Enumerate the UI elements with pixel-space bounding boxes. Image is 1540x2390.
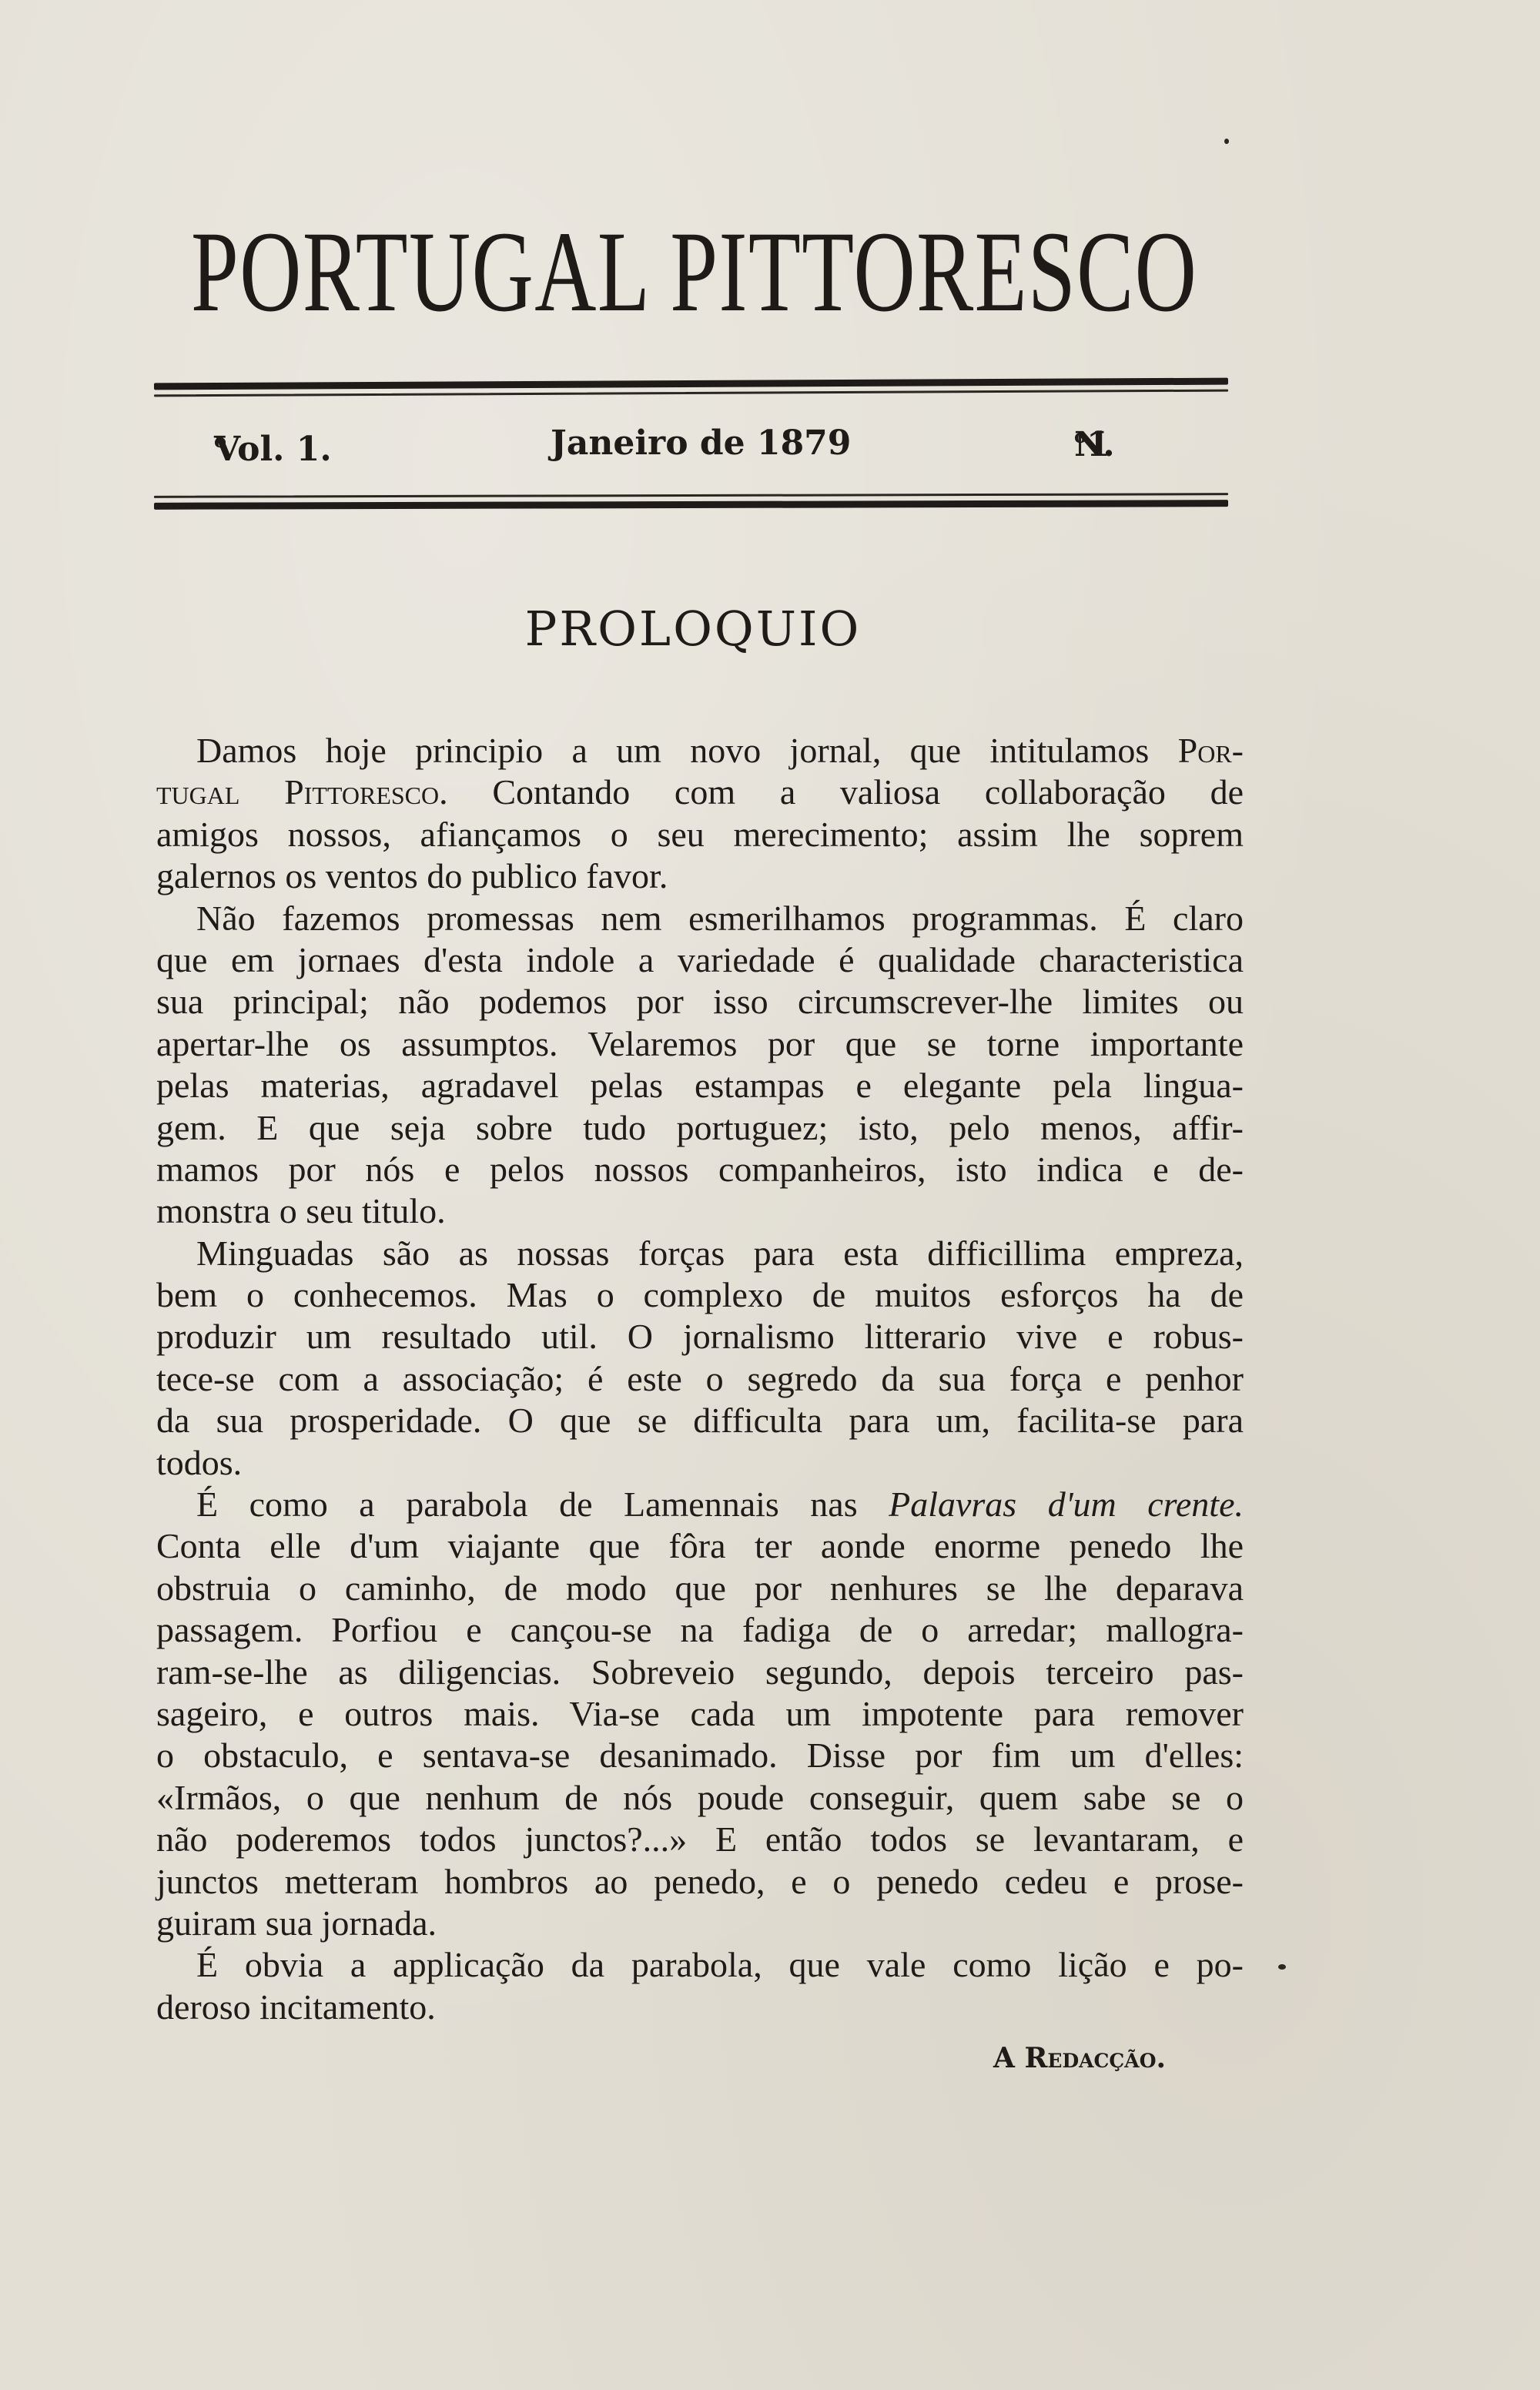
article-line: «Irmãos, o que nenhum de nós poude conse… — [156, 1777, 1244, 1819]
article-line: monstra o seu titulo. — [156, 1190, 1244, 1232]
article-line: Conta elle d'um viajante que fôra ter ao… — [156, 1525, 1244, 1567]
article-line: sua principal; não podemos por isso circ… — [156, 981, 1244, 1023]
article-line: É como a parabola de Lamennais nas Palav… — [156, 1484, 1244, 1525]
article-line: produzir um resultado util. O jornalismo… — [156, 1316, 1244, 1357]
issue-info-line: Vol. 1.o Janeiro de 1879 N.o 1 — [154, 430, 1228, 476]
article-line: todos. — [156, 1442, 1244, 1484]
article-body: Damos hoje principio a um novo jornal, q… — [156, 730, 1244, 2028]
article-line: galernos os ventos do publico favor. — [156, 855, 1244, 897]
article-line: guiram sua jornada. — [156, 1903, 1244, 1944]
article-line: tece-se com a associação; é este o segre… — [156, 1358, 1244, 1400]
masthead-double-rule-bottom — [154, 493, 1228, 510]
article-line: tugal Pittoresco. Contando com a valiosa… — [156, 772, 1244, 813]
periodical-page: PORTUGAL PITTORESCO Vol. 1.o Janeiro de … — [0, 0, 1540, 2390]
article-line: amigos nossos, afiançamos o seu merecime… — [156, 814, 1244, 855]
volume-label: Vol. 1.o — [214, 430, 226, 470]
article-line: Não fazemos promessas nem esmerilhamos p… — [156, 898, 1244, 939]
paper-speck — [1224, 139, 1229, 144]
article-line: o obstaculo, e sentava-se desanimado. Di… — [156, 1735, 1244, 1776]
article-line: gem. E que seja sobre tudo portuguez; is… — [156, 1107, 1244, 1149]
article-line: bem o conhecemos. Mas o complexo de muit… — [156, 1274, 1244, 1316]
article-line: deroso incitamento. — [156, 1987, 1244, 2028]
article-line: obstruia o caminho, de modo que por nenh… — [156, 1568, 1244, 1609]
article-signature: A Redacção. — [993, 2042, 1166, 2074]
article-line: passagem. Porfiou e cançou-se na fadiga … — [156, 1609, 1244, 1651]
article-line: Damos hoje principio a um novo jornal, q… — [156, 730, 1244, 772]
article-line: pelas materias, agradavel pelas estampas… — [156, 1065, 1244, 1106]
paper-speck — [1278, 1964, 1286, 1970]
masthead-double-rule-top — [154, 378, 1228, 397]
article-line: sageiro, e outros mais. Via-se cada um i… — [156, 1693, 1244, 1735]
article-line: junctos metteram hombros ao penedo, e o … — [156, 1861, 1244, 1903]
article-line: apertar-lhe os assumptos. Velaremos por … — [156, 1023, 1244, 1065]
article-line: que em jornaes d'esta indole a variedade… — [156, 939, 1244, 981]
issue-date: Janeiro de 1879 — [551, 423, 851, 463]
article-line: ram-se-lhe as diligencias. Sobreveio seg… — [156, 1652, 1244, 1693]
article-line: mamos por nós e pelos nossos companheiro… — [156, 1149, 1244, 1190]
article-line: É obvia a applicação da parabola, que va… — [156, 1944, 1244, 1986]
article-line: Minguadas são as nossas forças para esta… — [156, 1233, 1244, 1274]
article-line: da sua prosperidade. O que se difficulta… — [156, 1400, 1244, 1441]
masthead-title: PORTUGAL PITTORESCO — [191, 206, 1193, 337]
article-line: não poderemos todos junctos?...» E então… — [156, 1819, 1244, 1860]
article-heading: PROLOQUIO — [0, 601, 1386, 657]
issue-number: N.o 1 — [1074, 425, 1086, 465]
